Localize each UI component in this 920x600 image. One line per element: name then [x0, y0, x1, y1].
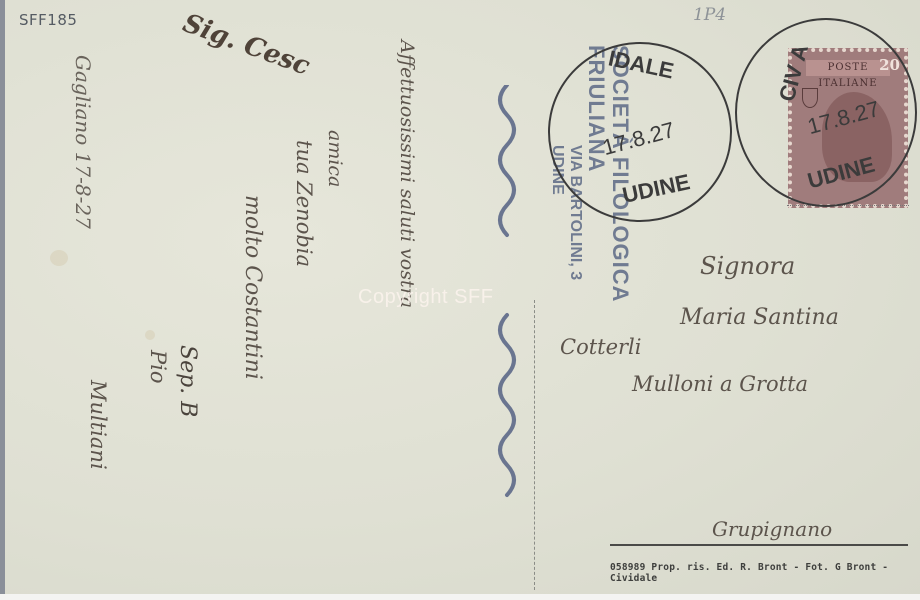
address-line-4: Mulloni a Grotta — [632, 372, 808, 396]
publisher-imprint: 058989 Prop. ris. Ed. R. Bront - Fot. G … — [610, 562, 920, 584]
address-rule — [610, 544, 908, 546]
top-scribble: Sig. Cesc — [179, 8, 314, 82]
address-line-5: Grupignano — [712, 517, 832, 541]
postmark-2: CIV A 17.8.27 UDINE — [735, 18, 917, 207]
stain — [145, 330, 155, 340]
society-city: UDINE — [548, 145, 566, 417]
message-line-7: Multiani — [86, 380, 110, 470]
stamp-placement-box — [787, 205, 909, 216]
postmark-1-date: 17.8.27 — [600, 117, 678, 161]
address-line-1: Signora — [700, 252, 795, 280]
postmark-2-date: 17.8.27 — [805, 96, 883, 140]
postcard-back: SFF185 1P4 Affettuosissimi saluti vostra… — [0, 0, 920, 600]
address-line-3: Cotterli — [560, 335, 642, 359]
place-date: Gagliano 17-8-27 — [71, 55, 95, 229]
message-line-6: Pio — [146, 350, 170, 384]
message-line-1: Affettuosissimi saluti vostra — [396, 40, 418, 308]
copyright-watermark: Copyright SFF — [358, 286, 493, 309]
stain — [50, 250, 68, 266]
postmark-1: IDALE 17.8.27 UDINE — [548, 42, 732, 222]
postmark-2-town: CIV A — [774, 42, 814, 105]
message-line-5: Sep. B — [175, 345, 200, 417]
pencil-number: 1P4 — [693, 5, 726, 25]
scan-edge — [0, 0, 5, 600]
scan-edge-bottom — [0, 594, 920, 600]
message-line-3: tua Zenobia — [292, 140, 316, 267]
message-line-4: molto Costantini — [240, 195, 265, 380]
message-line-2: amica — [324, 130, 346, 187]
postmark-1-town: IDALE — [606, 45, 676, 84]
archive-id: SFF185 — [19, 11, 77, 29]
postmark-2-province: UDINE — [805, 152, 878, 195]
address-line-2: Maria Santina — [680, 305, 839, 330]
postmark-1-province: UDINE — [620, 169, 692, 209]
card-divider — [534, 300, 535, 590]
